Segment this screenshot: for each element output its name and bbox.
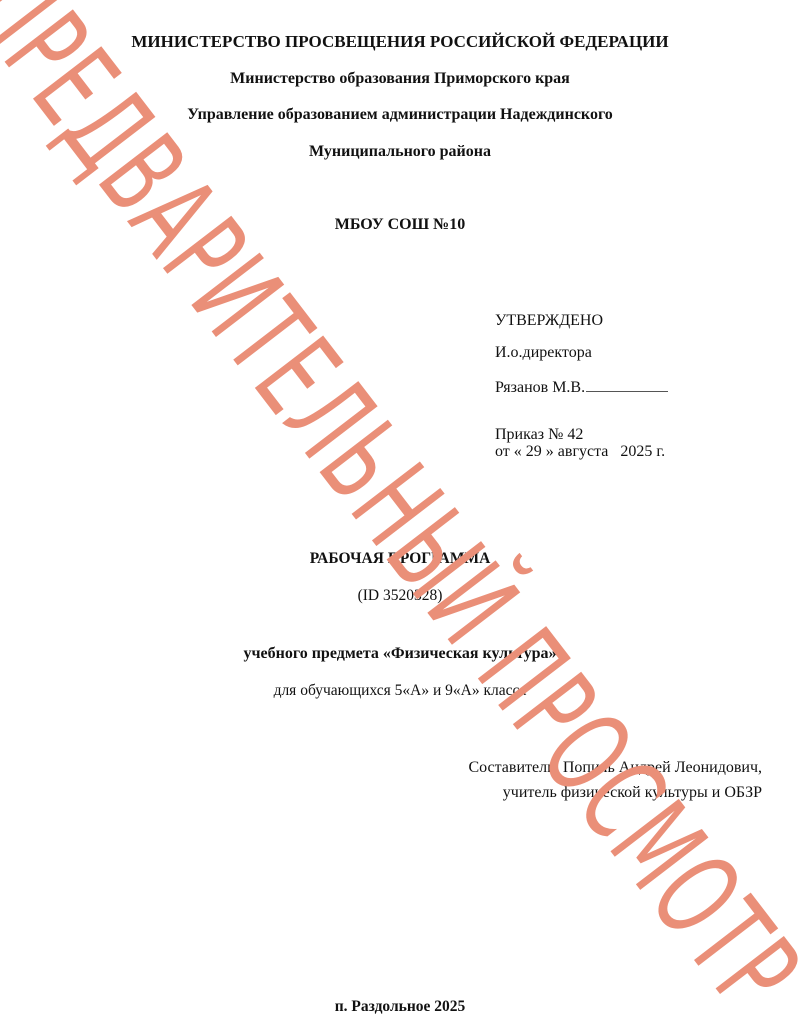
program-title: РАБОЧАЯ ПРОГРАММА <box>0 550 800 568</box>
order-number: Приказ № 42 <box>495 426 583 444</box>
program-subject: учебного предмета «Физическая культура» <box>0 645 800 663</box>
administration-heading: Управление образованием администрации На… <box>0 106 800 124</box>
approval-status: УТВЕРЖДЕНО <box>495 312 603 330</box>
signature-line <box>586 377 668 392</box>
program-id: (ID 3520328) <box>0 587 800 605</box>
school-name: МБОУ СОШ №10 <box>0 216 800 234</box>
approval-position: И.о.директора <box>495 344 592 362</box>
program-audience: для обучающихся 5«А» и 9«А» класса <box>0 682 800 700</box>
place-year: п. Раздольное 2025 <box>0 998 800 1016</box>
author-name: Составитель: Попиль Андрей Леонидович, <box>468 755 762 780</box>
approval-signature-row: Рязанов М.В. <box>495 377 668 397</box>
ministry-federal-heading: МИНИСТЕРСТВО ПРОСВЕЩЕНИЯ РОССИЙСКОЙ ФЕДЕ… <box>0 32 800 52</box>
author-role: учитель физической культуры и ОБЗР <box>503 780 762 805</box>
district-heading: Муниципального района <box>0 143 800 161</box>
ministry-regional-heading: Министерство образования Приморского кра… <box>0 70 800 88</box>
order-date: от « 29 » августа 2025 г. <box>495 443 665 461</box>
approval-signatory: Рязанов М.В. <box>495 379 585 396</box>
